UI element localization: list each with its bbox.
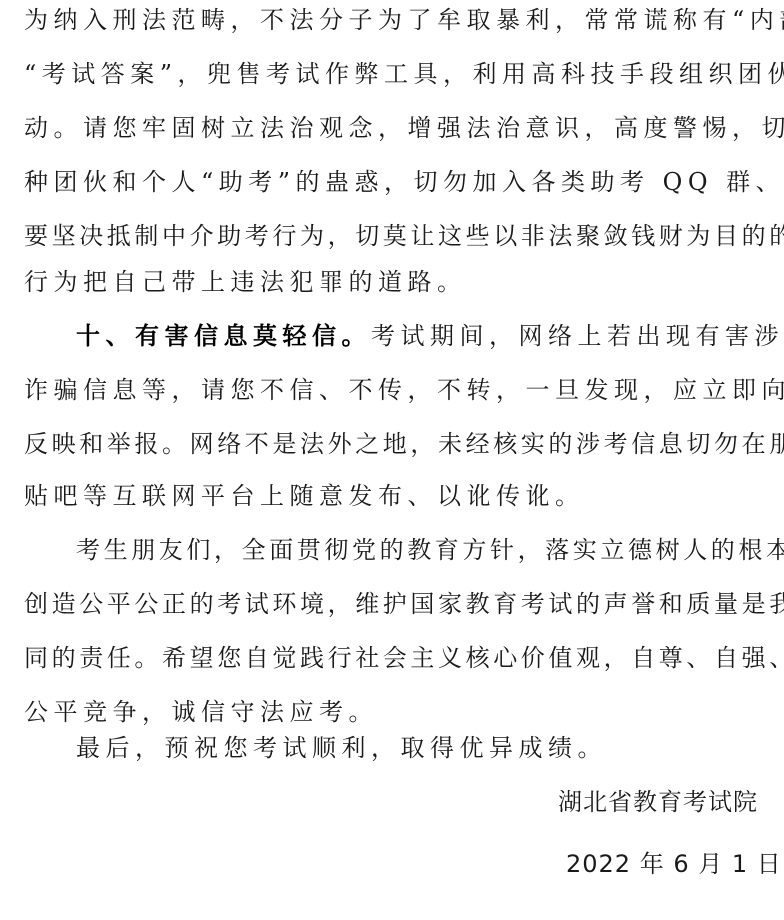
paragraph-1-line-6: 行为把自己带上违法犯罪的道路。 — [24, 262, 776, 302]
signature-date: 2022 年 6 月 1 日 — [566, 844, 782, 884]
paragraph-2-line-4: 贴吧等互联网平台上随意发布、以讹传讹。 — [24, 476, 776, 516]
signature-organization: 湖北省教育考试院 — [558, 782, 758, 822]
paragraph-2-line-1: 十、有害信息莫轻信。考试期间，网络上若出现有害涉考信息、 — [76, 316, 784, 356]
paragraph-1-line-5: 要坚决抵制中介助考行为，切莫让这些以非法聚敛钱财为目的的违法 — [24, 216, 776, 256]
paragraph-3-line-4: 公平竞争，诚信守法应考。 — [24, 692, 776, 732]
paragraph-3-line-1: 考生朋友们，全面贯彻党的教育方针，落实立德树人的根本任务， — [76, 530, 784, 570]
closing-line: 最后，预祝您考试顺利，取得优异成绩。 — [76, 728, 784, 768]
paragraph-2-text: 考试期间，网络上若出现有害涉考信息、 — [371, 322, 784, 350]
paragraph-1-line-3: 动。请您牢固树立法治观念，增强法治意识，高度警惕，切勿轻信各 — [24, 108, 776, 148]
paragraph-1-line-1: 为纳入刑法范畴，不法分子为了牟取暴利，常常谎称有“内部资料” — [24, 0, 776, 40]
paragraph-3-line-2: 创造公平公正的考试环境，维护国家教育考试的声誉和质量是我们共 — [24, 584, 776, 624]
paragraph-1-line-2: “考试答案”，兜售考试作弊工具，利用高科技手段组织团伙作弊活 — [24, 54, 776, 94]
paragraph-2-line-2: 诈骗信息等，请您不信、不传，不转，一旦发现，应立即向相关部门 — [24, 370, 776, 410]
paragraph-1-line-4: 种团伙和个人“助考”的蛊惑，切勿加入各类助考 QQ 群、微信群， — [24, 162, 776, 202]
paragraph-2-line-3: 反映和举报。网络不是法外之地，未经核实的涉考信息切勿在朋友圈、 — [24, 424, 776, 464]
paragraph-3-line-3: 同的责任。希望您自觉践行社会主义核心价值观，自尊、自强、自信， — [24, 638, 776, 678]
section-heading: 十、有害信息莫轻信。 — [76, 321, 371, 350]
